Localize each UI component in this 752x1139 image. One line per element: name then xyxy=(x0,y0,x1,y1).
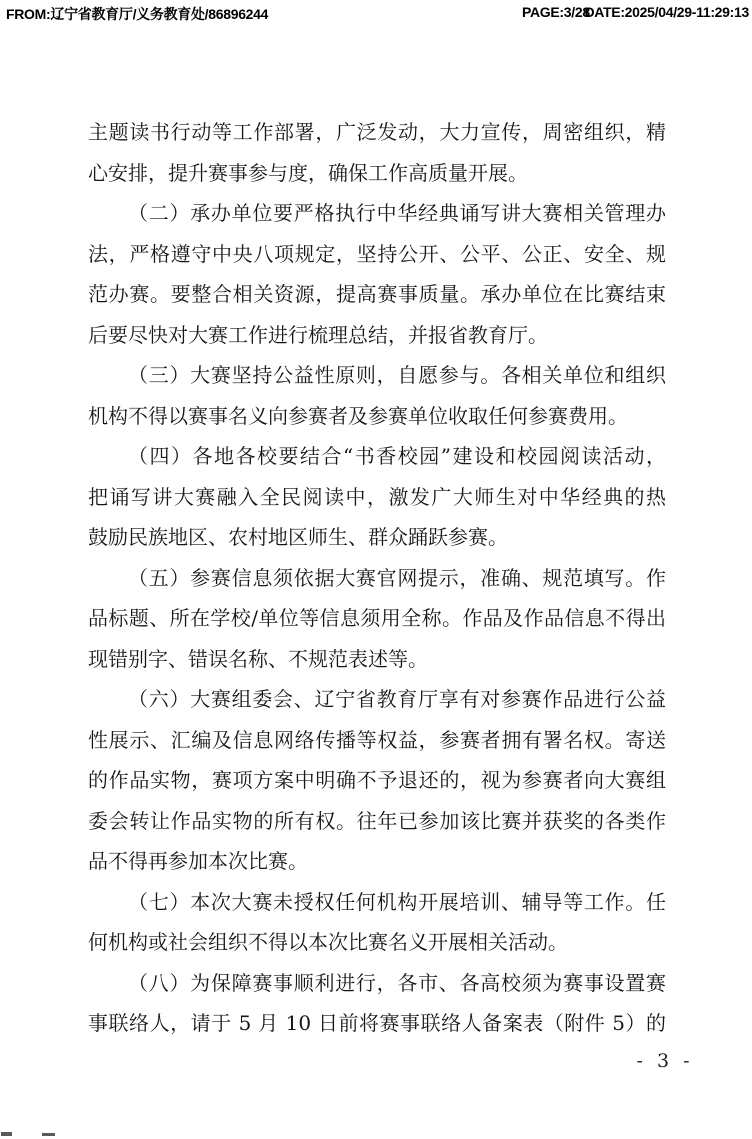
text-line: 心安排，提升赛事参与度，确保工作高质量开展。 xyxy=(88,153,666,194)
text-line: 法，严格遵守中央八项规定，坚持公开、公平、公正、安全、规 xyxy=(88,234,666,275)
scan-artifact xyxy=(1,1132,12,1136)
fax-date-stamp: DATE:2025/04/29-11:29:13 xyxy=(584,4,749,20)
text-line: 品不得再参加本次比赛。 xyxy=(88,841,666,882)
text-line: 鼓励民族地区、农村地区师生、群众踊跃参赛。 xyxy=(88,517,666,558)
text-line: （八）为保障赛事顺利进行，各市、各高校须为赛事设置赛 xyxy=(88,963,666,1004)
page-number: - 3 - xyxy=(630,1050,700,1072)
text-line: 事联络人，请于 5 月 10 日前将赛事联络人备案表（附件 5）的电 xyxy=(88,1003,666,1044)
document-body: 主题读书行动等工作部署，广泛发动，大力宣传，周密组织，精心安排，提升赛事参与度，… xyxy=(88,112,666,1044)
text-line: （四）各地各校要结合“书香校园”建设和校园阅读活动， xyxy=(88,436,666,477)
scan-artifact xyxy=(42,1133,55,1136)
text-line: 把诵写讲大赛融入全民阅读中，激发广大师生对中华经典的热爱。 xyxy=(88,477,666,518)
fax-transmission-header: FROM:辽宁省教育厅/义务教育处/86896244 PAGE:3/28 DAT… xyxy=(0,0,752,24)
text-line: 主题读书行动等工作部署，广泛发动，大力宣传，周密组织，精 xyxy=(88,112,666,153)
fax-document-page: FROM:辽宁省教育厅/义务教育处/86896244 PAGE:3/28 DAT… xyxy=(0,0,752,1139)
text-line: 机构不得以赛事名义向参赛者及参赛单位收取任何参赛费用。 xyxy=(88,396,666,437)
text-line: （六）大赛组委会、辽宁省教育厅享有对参赛作品进行公益 xyxy=(88,679,666,720)
text-line: （三）大赛坚持公益性原则，自愿参与。各相关单位和组织 xyxy=(88,355,666,396)
text-line: 性展示、汇编及信息网络传播等权益，参赛者拥有署名权。寄送 xyxy=(88,720,666,761)
text-line: （七）本次大赛未授权任何机构开展培训、辅导等工作。任 xyxy=(88,882,666,923)
text-line: 现错别字、错误名称、不规范表述等。 xyxy=(88,639,666,680)
fax-sender-info: FROM:辽宁省教育厅/义务教育处/86896244 xyxy=(6,4,268,24)
text-line: 范办赛。要整合相关资源，提高赛事质量。承办单位在比赛结束 xyxy=(88,274,666,315)
text-line: 委会转让作品实物的所有权。往年已参加该比赛并获奖的各类作 xyxy=(88,801,666,842)
text-line: 何机构或社会组织不得以本次比赛名义开展相关活动。 xyxy=(88,922,666,963)
text-line: （二）承办单位要严格执行中华经典诵写讲大赛相关管理办 xyxy=(88,193,666,234)
text-line: 后要尽快对大赛工作进行梳理总结，并报省教育厅。 xyxy=(88,315,666,356)
text-line: （五）参赛信息须依据大赛官网提示，准确、规范填写。作 xyxy=(88,558,666,599)
fax-page-counter: PAGE:3/28 xyxy=(522,4,590,20)
text-line: 品标题、所在学校/单位等信息须用全称。作品及作品信息不得出 xyxy=(88,598,666,639)
text-line: 的作品实物，赛项方案中明确不予退还的，视为参赛者向大赛组 xyxy=(88,760,666,801)
